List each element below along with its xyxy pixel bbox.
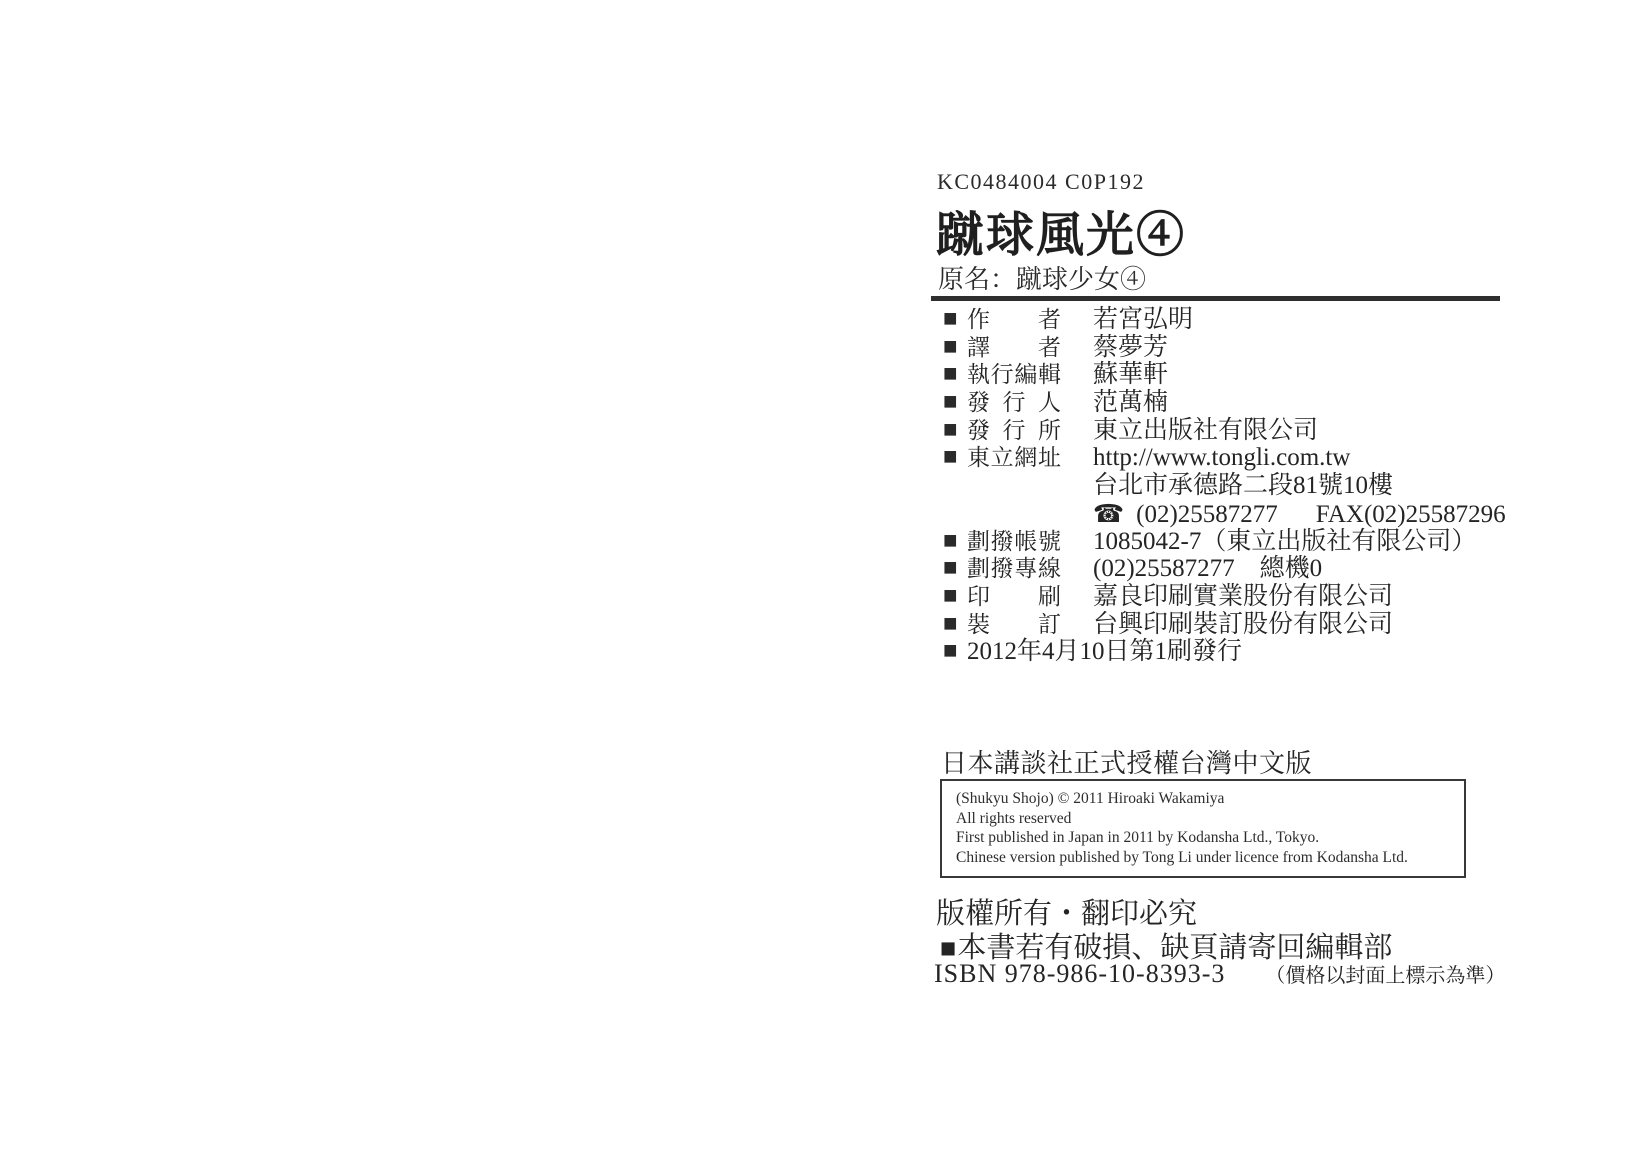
- colophon-row-postal-account: ■ 劃撥帳號 1085042-7（東立出版社有限公司）: [943, 528, 1543, 556]
- row-label: 譯者: [967, 334, 1061, 362]
- row-label: 作者: [967, 306, 1061, 334]
- square-bullet-icon: ■: [943, 361, 958, 389]
- license-first-published-line: First published in Japan in 2011 by Koda…: [956, 828, 1454, 848]
- colophon-row-publisher-person: ■ 發行人 范萬楠: [943, 389, 1543, 417]
- row-value: (02)25587277 總機0: [1093, 555, 1322, 583]
- website-url: http://www.tongli.com.tw: [1093, 444, 1350, 472]
- isbn-number: ISBN 978-986-10-8393-3: [934, 959, 1225, 988]
- square-bullet-icon: ■: [943, 389, 958, 417]
- row-value: 蘇華軒: [1093, 361, 1168, 389]
- colophon-page: KC0484004 C0P192 蹴球風光④ 原名：蹴球少女④ ■ 作者 若宮弘…: [0, 0, 1628, 1170]
- original-title: 原名：蹴球少女④: [938, 259, 1146, 296]
- colophon-row-phone: ☎(02)25587277FAX(02)25587296: [943, 500, 1543, 528]
- row-label: 劃撥專線: [967, 555, 1061, 583]
- colophon-list: ■ 作者 若宮弘明 ■ 譯者 蔡夢芳 ■ 執行編輯 蘇華軒 ■ 發行人 范萬楠 …: [943, 306, 1543, 666]
- colophon-row-website: ■ 東立網址 http://www.tongli.com.tw: [943, 444, 1543, 472]
- row-label: 發行人: [967, 389, 1061, 417]
- square-bullet-icon: ■: [943, 611, 958, 639]
- book-title: 蹴球風光④: [936, 196, 1186, 265]
- license-box: (Shukyu Shojo) © 2011 Hiroaki Wakamiya A…: [940, 779, 1466, 878]
- product-code: KC0484004 C0P192: [937, 169, 1145, 195]
- phone-icon: ☎: [1093, 499, 1124, 528]
- publisher-address: 台北市承德路二段81號10樓: [1093, 472, 1393, 500]
- colophon-row-address: 台北市承德路二段81號10樓: [943, 472, 1543, 500]
- square-bullet-icon: ■: [943, 555, 958, 583]
- license-heading: 日本講談社正式授權台灣中文版: [941, 743, 1312, 780]
- colophon-row-postal-line: ■ 劃撥專線 (02)25587277 總機0: [943, 555, 1543, 583]
- colophon-row-translator: ■ 譯者 蔡夢芳: [943, 334, 1543, 362]
- square-bullet-icon: ■: [943, 528, 958, 556]
- row-value: 蔡夢芳: [1093, 334, 1168, 362]
- square-bullet-icon: ■: [943, 334, 958, 362]
- square-bullet-icon: ■: [943, 306, 958, 334]
- row-label: 裝訂: [967, 611, 1061, 639]
- row-label: 東立網址: [967, 444, 1061, 472]
- square-bullet-icon: ■: [943, 638, 958, 666]
- row-value: 嘉良印刷實業股份有限公司: [1093, 583, 1393, 611]
- colophon-row-binder: ■ 裝訂 台興印刷裝訂股份有限公司: [943, 611, 1543, 639]
- square-bullet-icon: ■: [943, 444, 958, 472]
- phone-fax-line: ☎(02)25587277FAX(02)25587296: [1093, 500, 1506, 529]
- phone-number: (02)25587277: [1136, 501, 1278, 528]
- colophon-row-author: ■ 作者 若宮弘明: [943, 306, 1543, 334]
- print-date: 2012年4月10日第1刷發行: [967, 638, 1242, 666]
- row-value: 東立出版社有限公司: [1093, 417, 1318, 445]
- fax-number: FAX(02)25587296: [1316, 501, 1506, 528]
- colophon-row-printer: ■ 印刷 嘉良印刷實業股份有限公司: [943, 583, 1543, 611]
- row-value: 1085042-7（東立出版社有限公司）: [1093, 528, 1476, 556]
- price-note: （價格以封面上標示為準）: [1265, 965, 1505, 987]
- row-label: 發行所: [967, 417, 1061, 445]
- isbn-line: ISBN 978-986-10-8393-3（價格以封面上標示為準）: [934, 959, 1505, 989]
- row-value: 台興印刷裝訂股份有限公司: [1093, 611, 1393, 639]
- divider-rule: [931, 296, 1500, 301]
- square-bullet-icon: ■: [943, 417, 958, 445]
- row-value: 范萬楠: [1093, 389, 1168, 417]
- row-label: 執行編輯: [967, 361, 1061, 389]
- license-copyright-line: (Shukyu Shojo) © 2011 Hiroaki Wakamiya: [956, 789, 1454, 809]
- row-label: 劃撥帳號: [967, 528, 1061, 556]
- square-bullet-icon: ■: [943, 583, 958, 611]
- colophon-row-print-date: ■ 2012年4月10日第1刷發行: [943, 638, 1543, 666]
- colophon-row-publisher-company: ■ 發行所 東立出版社有限公司: [943, 417, 1543, 445]
- license-chinese-version-line: Chinese version published by Tong Li und…: [956, 848, 1454, 868]
- row-label: 印刷: [967, 583, 1061, 611]
- license-rights-line: All rights reserved: [956, 809, 1454, 829]
- colophon-row-editor: ■ 執行編輯 蘇華軒: [943, 361, 1543, 389]
- row-value: 若宮弘明: [1093, 306, 1193, 334]
